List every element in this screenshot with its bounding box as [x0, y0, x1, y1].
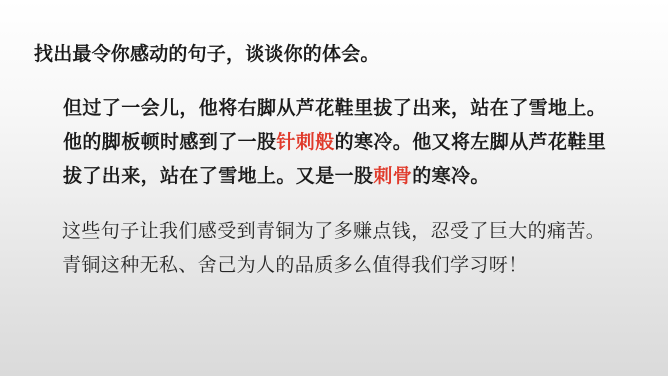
- highlighted-phrase: 刺骨: [373, 166, 412, 187]
- quote-text: 的寒冷。: [412, 166, 490, 187]
- highlighted-phrase: 针刺般: [276, 132, 334, 153]
- quote-text: 但过了一会儿，他将右脚从芦花鞋里拔了出来，站在了雪地上。: [63, 98, 606, 119]
- quote-line-2: 他的脚板顿时感到了一股针刺般的寒冷。他又将左脚从芦花鞋里: [63, 126, 606, 160]
- comment-paragraph: 这些句子让我们感受到青铜为了多赚点钱，忍受了巨大的痛苦。 青铜这种无私、舍己为人…: [62, 215, 605, 283]
- quote-line-3: 拔了出来，站在了雪地上。又是一股刺骨的寒冷。: [63, 160, 606, 194]
- comment-text: 这些句子让我们感受到青铜为了多赚点钱，忍受了巨大的痛苦。: [62, 221, 605, 242]
- slide-title: 找出最令你感动的句子，谈谈你的体会。: [34, 41, 380, 69]
- quote-text: 的寒冷。他又将左脚从芦花鞋里: [335, 132, 607, 153]
- quote-text: 他的脚板顿时感到了一股: [63, 132, 276, 153]
- presentation-slide: 找出最令你感动的句子，谈谈你的体会。 但过了一会儿，他将右脚从芦花鞋里拔了出来，…: [0, 0, 668, 376]
- quote-paragraph: 但过了一会儿，他将右脚从芦花鞋里拔了出来，站在了雪地上。 他的脚板顿时感到了一股…: [63, 92, 606, 194]
- comment-line-2: 青铜这种无私、舍己为人的品质多么值得我们学习呀！: [62, 249, 605, 283]
- comment-text: 青铜这种无私、舍己为人的品质多么值得我们学习呀！: [62, 255, 528, 276]
- quote-line-1: 但过了一会儿，他将右脚从芦花鞋里拔了出来，站在了雪地上。: [63, 92, 606, 126]
- comment-line-1: 这些句子让我们感受到青铜为了多赚点钱，忍受了巨大的痛苦。: [62, 215, 605, 249]
- quote-text: 拔了出来，站在了雪地上。又是一股: [63, 166, 373, 187]
